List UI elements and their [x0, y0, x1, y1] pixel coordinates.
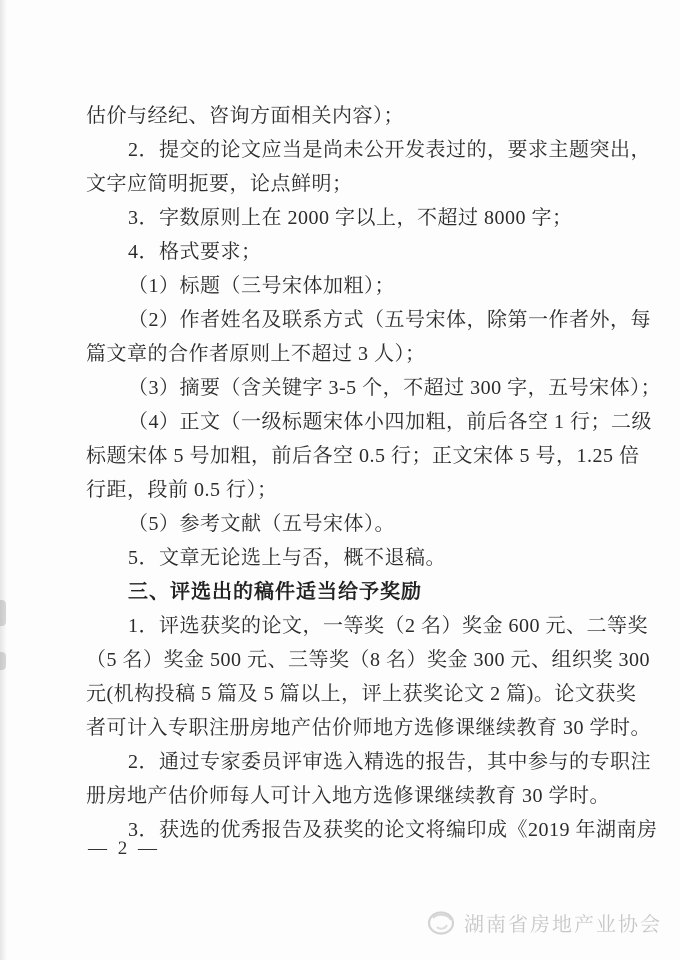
text-line: 篇文章的合作者原则上不超过 3 人）； [86, 337, 616, 371]
text-line: （3）摘要（含关键字 3-5 个，不超过 300 字，五号宋体）； [86, 371, 616, 405]
text-line: 5．文章无论选上与否，概不退稿。 [86, 541, 616, 575]
text-line: 估价与经纪、咨询方面相关内容）； [86, 99, 616, 133]
scan-artifact [0, 652, 6, 670]
association-name: 湖南省房地产业协会 [464, 908, 662, 937]
text-line: （5 名）奖金 500 元、三等奖（8 名）奖金 300 元、组织奖 300 [86, 643, 616, 677]
text-line: 行距，段前 0.5 行）； [86, 473, 616, 507]
text-line: （1）标题（三号宋体加粗）； [86, 269, 616, 303]
text-line: 文字应简明扼要，论点鲜明； [86, 167, 616, 201]
scan-edge-shadow [0, 0, 7, 960]
text-line: 3．字数原则上在 2000 字以上，不超过 8000 字； [86, 201, 616, 235]
text-line: 元(机构投稿 5 篇及 5 篇以上，评上获奖论文 2 篇)。论文获奖 [86, 677, 616, 711]
text-line: 1．评选获奖的论文，一等奖（2 名）奖金 600 元、二等奖 [86, 609, 616, 643]
text-line: （4）正文（一级标题宋体小四加粗，前后各空 1 行；二级 [86, 405, 616, 439]
text-line: （5）参考文献（五号宋体）。 [86, 507, 616, 541]
text-line: （2）作者姓名及联系方式（五号宋体，除第一作者外，每 [86, 303, 616, 337]
text-line: 2．通过专家委员评审选入精选的报告，其中参与的专职注 [86, 745, 616, 779]
text-line: 4．格式要求； [86, 235, 616, 269]
text-line: 者可计入专职注册房地产估价师地方选修课继续教育 30 学时。 [86, 711, 616, 745]
page-number: — 2 — [88, 838, 160, 860]
text-line: 标题宋体 5 号加粗，前后各空 0.5 行；正文宋体 5 号，1.25 倍 [86, 439, 616, 473]
document-lines: 估价与经纪、咨询方面相关内容）；2．提交的论文应当是尚未公开发表过的，要求主题突… [86, 99, 616, 847]
association-watermark: 湖南省房地产业协会 [426, 908, 662, 937]
text-line: 册房地产估价师每人可计入地方选修课继续教育 30 学时。 [86, 779, 616, 813]
text-line: 2．提交的论文应当是尚未公开发表过的，要求主题突出， [86, 133, 616, 167]
scanned-document-page: 估价与经纪、咨询方面相关内容）；2．提交的论文应当是尚未公开发表过的，要求主题突… [0, 0, 680, 960]
text-line: 3．获选的优秀报告及获奖的论文将编印成《2019 年湖南房 [86, 813, 616, 847]
association-logo-icon [426, 909, 456, 937]
scan-artifact [0, 600, 6, 626]
section-heading: 三、评选出的稿件适当给予奖励 [86, 575, 616, 609]
